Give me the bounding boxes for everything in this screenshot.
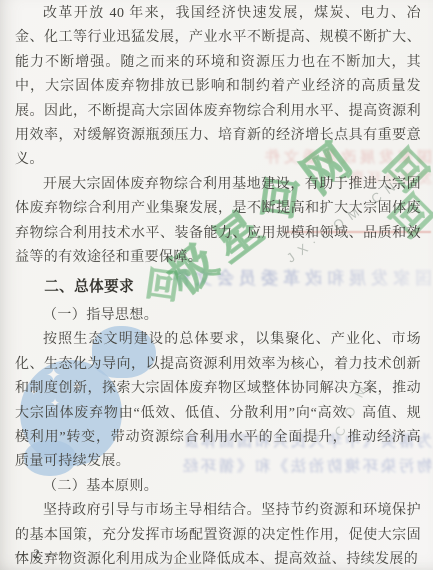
paragraph-base-construction: 开展大宗固体废弃物综合利用基地建设，有助于推进大宗固体废弃物综合利用产业集聚发展… xyxy=(15,173,421,271)
document-body: 改革开放 40 年来，我国经济快速发展，煤炭、电力、冶金、化工等行业迅猛发展，产… xyxy=(15,2,421,570)
scanned-document-page: { "document": { "paragraphs": [ "改革开放 40… xyxy=(0,0,433,570)
paragraph-guiding-ideology-body: 按照生态文明建设的总体要求，以集聚化、产业化、市场化、生态化为导向，以提高资源利… xyxy=(15,328,421,474)
paragraph-economic-development: 改革开放 40 年来，我国经济快速发展，煤炭、电力、冶金、化工等行业迅猛发展，产… xyxy=(15,2,421,173)
section-heading-overall-requirements: 二、总体要求 xyxy=(15,275,421,299)
paragraph-basic-principles-body: 坚持政府引导与市场主导相结合。坚持节约资源和环境保护的基本国策，充分发挥市场配置… xyxy=(15,499,421,570)
subheading-guiding-ideology: （一）指导思想。 xyxy=(15,304,421,328)
subheading-basic-principles: （二）基本原则。 xyxy=(15,475,421,499)
page-number: — 2 — xyxy=(15,546,59,562)
